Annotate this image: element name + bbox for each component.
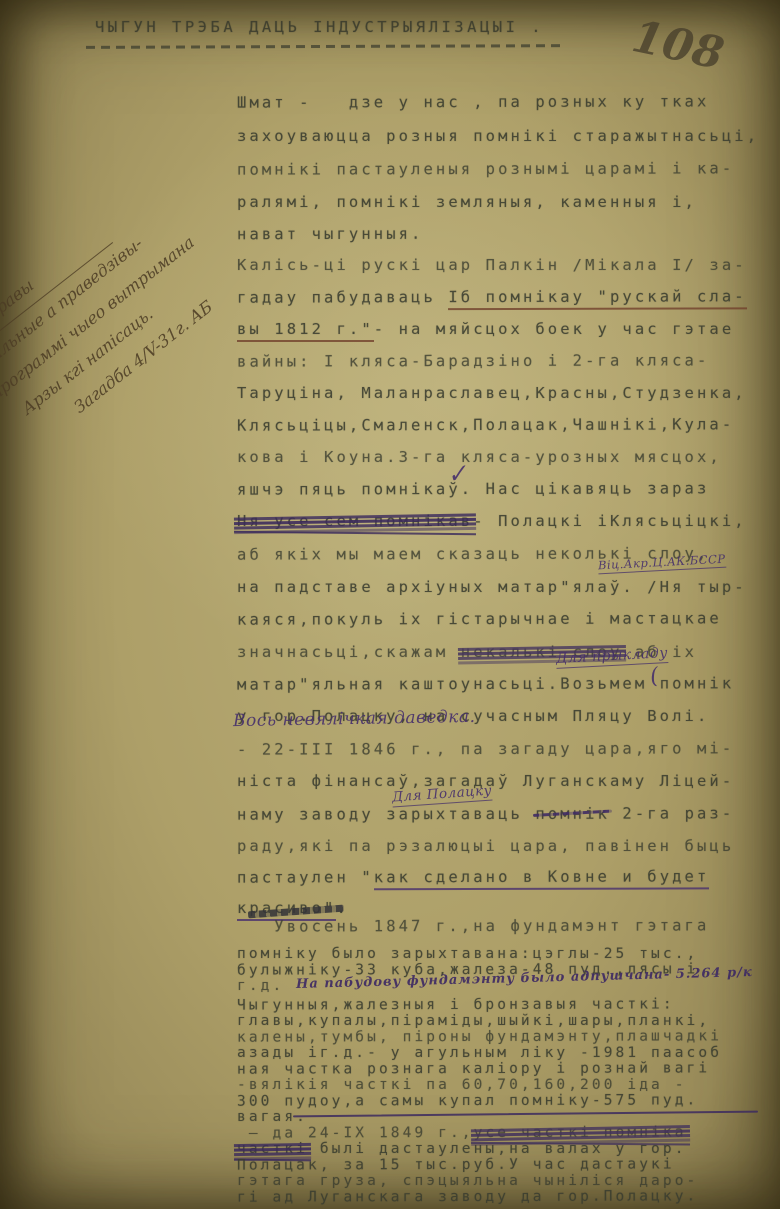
text-segment: вайны: І кляса-Барадзіно і 2-га кляса-	[237, 351, 709, 370]
text-segment: каяся,покуль іх гістарычнае і мастацкае	[237, 609, 722, 628]
text-segment: захоуваюцца розныя помнікі старажытнасьц…	[237, 127, 759, 145]
text-segment: -вялікія часткі па 60,70,160,200 іда -	[237, 1077, 687, 1093]
typewritten-line: гадау пабудаваць Іб помнікау "рускай сла…	[237, 287, 747, 306]
typewritten-line: Шмат - дзе у нас , па розных ку тках	[237, 92, 709, 111]
text-segment: Увосень 1847 г.,на фундамэнт гэтага	[237, 916, 709, 935]
typewritten-line: Полацак, за 15 тыс.руб.У час дастаукі	[237, 1156, 675, 1173]
text-segment: значнасьці,скажам	[237, 643, 461, 661]
typewritten-line: вайны: І кляса-Барадзіно і 2-га кляса-	[237, 351, 709, 370]
typewritten-line: вы 1812 г."- на мяйсцох боек у час гэтае	[237, 320, 734, 338]
text-segment: азады іг.д.- у агульным ліку -1981 паасо…	[237, 1045, 722, 1061]
text-segment: ралямі, помнікі земляныя, каменныя і,	[237, 193, 697, 211]
text-segment-xw: помнік	[535, 805, 610, 823]
typewritten-line: кова і Коуна.3-га кляса-урозных мясцох,	[237, 448, 722, 466]
typewritten-line: яшчэ пяць помнікаў. Нас цікавяць зараз	[237, 479, 709, 498]
typewritten-line: Калісь-ці рускі цар Палкін /Мікала І/ за…	[237, 256, 747, 274]
typewritten-line: -вялікія часткі па 60,70,160,200 іда -	[237, 1077, 687, 1093]
document-title: ЧЫГУН ТРЭБА ДАЦЬ ІНДУСТРЫЯЛІЗАЦЫІ .	[95, 18, 544, 36]
text-segment: Калісь-ці рускі цар Палкін /Мікала І/ за…	[237, 256, 747, 274]
typewritten-line: помніку было зарыхтавана:цэглы-25 тыс.,	[237, 946, 698, 962]
text-segment: Чыгунныя,жалезныя і бронзавыя часткі:	[237, 996, 675, 1013]
text-segment: гі ад Луганскага заводу да гор.Полацку.	[237, 1188, 698, 1205]
text-segment: - Полацкі іКлясьціцкі,	[473, 512, 747, 530]
text-segment: Шмат - дзе у нас , па розных ку тках	[237, 92, 709, 111]
text-segment: Таруціна, Маланраславец,Красны,Студзенка…	[237, 384, 747, 402]
typewritten-line: наму заводу зарыхтаваць помнік 2-га раз-	[237, 804, 734, 823]
text-segment: пастаулен "	[237, 868, 374, 886]
text-segment: яшчэ пяць помнікаў. Нас цікавяць зараз	[237, 479, 709, 498]
typewritten-line: — да 24-ІХ 1849 г.,усе часткі помніка	[237, 1124, 687, 1141]
typewritten-line: гэтага груза, спэцыяльна чыніліся даро-	[237, 1173, 698, 1189]
typewritten-line: азады іг.д.- у агульным ліку -1981 паасо…	[237, 1045, 722, 1061]
text-segment: г.д.	[237, 978, 284, 994]
scanned-document-page: ЧЫГУН ТРЭБА ДАЦЬ ІНДУСТРЫЯЛІЗАЦЫІ . Да с…	[0, 0, 780, 1209]
text-segment: Клясьціцы,Смаленск,Полацак,Чашнікі,Кула-	[237, 415, 734, 434]
text-segment: на падставе архіуных матар"ялаў. /Ня тыр…	[237, 578, 747, 596]
typewritten-line: каяся,покуль іх гістарычнае і мастацкае	[237, 609, 722, 628]
typewritten-line: на падставе архіуных матар"ялаў. /Ня тыр…	[237, 578, 747, 596]
typewritten-line: помнікі пастауленыя рознымі царамі і ка-	[237, 159, 734, 178]
text-segment: Полацак, за 15 тыс.руб.У час дастаукі	[237, 1156, 675, 1173]
handwritten-davedka: Вось невялічкая даведка.	[233, 707, 476, 731]
typewritten-line: захоуваюцца розныя помнікі старажытнасьц…	[237, 127, 759, 145]
text-segment: раду,які па рэзалюцыі цара, павінен быць	[237, 837, 734, 855]
ink-underline-long	[293, 1111, 758, 1118]
text-segment: былі дастаулены,на валах у гор.	[308, 1141, 687, 1157]
typewritten-line: Чыгунныя,жалезныя і бронзавыя часткі:	[237, 996, 675, 1013]
typewritten-line: пастаулен "как сделано в Ковне и будет	[237, 867, 709, 886]
text-segment: 300 пудоу,а самы купал помніку-575 пуд.	[237, 1092, 698, 1109]
typewritten-line: 300 пудоу,а самы купал помніку-575 пуд.	[237, 1092, 698, 1109]
typewritten-line: главы,купалы,піраміды,шыйкі,шары,планкі,	[237, 1013, 710, 1029]
typewritten-line: ная частка рознага каліору і рознай вагі	[237, 1060, 710, 1077]
title-underline-dashes	[86, 44, 566, 49]
typewritten-line: раду,які па рэзалюцыі цара, павінен быць	[237, 837, 734, 855]
text-segment-u1: Іб помнікау "рускай сла-	[448, 287, 746, 310]
text-segment: — да 24-ІХ 1849 г.,	[237, 1125, 474, 1142]
text-segment: гадау пабудаваць	[237, 288, 448, 307]
text-segment: гэтага груза, спэцыяльна чыніліся даро-	[237, 1173, 698, 1189]
typewritten-line: калены,тумбы, піроны фундамэнту,плашчадк…	[237, 1028, 722, 1045]
text-segment: калены,тумбы, піроны фундамэнту,плашчадк…	[237, 1028, 722, 1045]
typewritten-line: Таруціна, Маланраславец,Красны,Студзенка…	[237, 384, 747, 402]
text-segment-u2: как сделано в Ковне и будет	[374, 867, 710, 890]
typewritten-line: ралямі, помнікі земляныя, каменныя і,	[237, 193, 697, 211]
text-segment: помнікі пастауленыя рознымі царамі і ка-	[237, 159, 734, 178]
text-segment: 2-га раз-	[610, 804, 734, 822]
text-segment-u1: вы 1812 г."	[237, 320, 374, 342]
text-segment: наму заводу зарыхтаваць	[237, 805, 535, 824]
text-segment: - на мяйсцох боек у час гэтае	[374, 320, 735, 338]
text-segment: ная частка рознага каліору і рознай вагі	[237, 1060, 710, 1077]
text-segment: главы,купалы,піраміды,шыйкі,шары,планкі,	[237, 1013, 710, 1029]
typewritten-line: Ня усе сем помнікав- Полацкі іКлясьціцкі…	[237, 512, 747, 530]
text-segment: помніку было зарыхтавана:цэглы-25 тыс.,	[237, 946, 698, 962]
typewritten-line: Клясьціцы,Смаленск,Полацак,Чашнікі,Кула-	[237, 415, 734, 434]
page-number-handwritten: 108	[628, 11, 728, 80]
typewritten-line: часткі былі дастаулены,на валах у гор.	[237, 1141, 687, 1157]
typewritten-line: Увосень 1847 г.,на фундамэнт гэтага	[237, 916, 709, 935]
text-segment-x2: Ня усе сем помнікав	[237, 512, 473, 530]
text-segment-x2: усе часткі помніка	[474, 1124, 687, 1141]
text-segment: нават чыгунныя.	[237, 225, 424, 243]
typewritten-line: нават чыгунныя.	[237, 225, 424, 243]
text-segment: кова і Коуна.3-га кляса-урозных мясцох,	[237, 448, 722, 466]
typewritten-line: г.д.	[237, 978, 284, 994]
typewritten-line: гі ад Луганскага заводу да гор.Полацку.	[237, 1188, 698, 1205]
text-segment: - 22-ІІІ 1846 г., па загаду цара,яго мі-	[237, 739, 734, 758]
text-segment-x2: часткі	[237, 1141, 308, 1157]
typewritten-line: - 22-ІІІ 1846 г., па загаду цара,яго мі-	[237, 739, 734, 758]
